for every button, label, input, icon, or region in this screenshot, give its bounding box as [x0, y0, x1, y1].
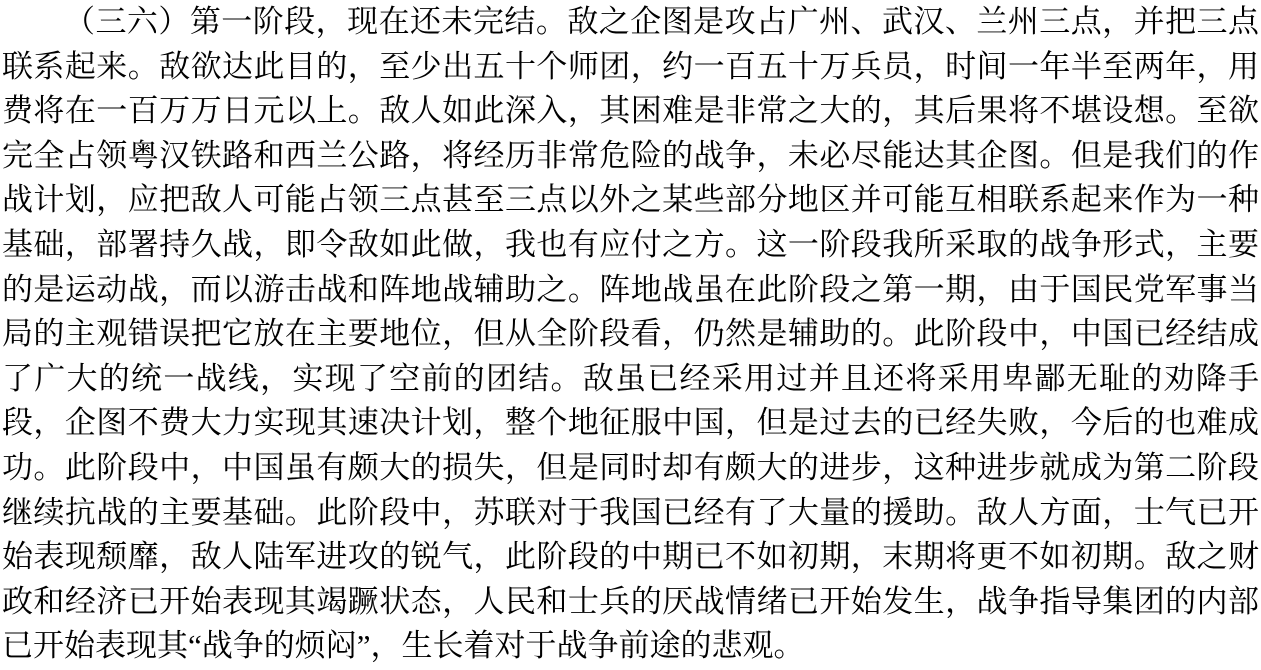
text-line: 联系起来。敌欲达此目的，至少出五十个师团，约一百五十万兵员，时间一年半至两年，用 — [2, 45, 1259, 90]
text-line: 完全占领粤汉铁路和西兰公路，将经历非常危险的战争，未必尽能达其企图。但是我们的作 — [2, 134, 1259, 179]
text-line: 战计划，应把敌人可能占领三点甚至三点以外之某些部分地区并可能互相联系起来作为一种 — [2, 178, 1259, 223]
text-line: 政和经济已开始表现其竭蹶状态，人民和士兵的厌战情绪已开始发生，战争指导集团的内部 — [2, 580, 1259, 625]
paragraph-36: （三六）第一阶段，现在还未完结。敌之企图是攻占广州、武汉、兰州三点，并把三点联系… — [2, 0, 1259, 669]
document-page: （三六）第一阶段，现在还未完结。敌之企图是攻占广州、武汉、兰州三点，并把三点联系… — [0, 0, 1261, 670]
text-line: 功。此阶段中，中国虽有颇大的损失，但是同时却有颇大的进步，这种进步就成为第二阶段 — [2, 446, 1259, 491]
text-line: 的是运动战，而以游击战和阵地战辅助之。阵地战虽在此阶段之第一期，由于国民党军事当 — [2, 268, 1259, 313]
text-line: （三六）第一阶段，现在还未完结。敌之企图是攻占广州、武汉、兰州三点，并把三点 — [2, 0, 1259, 45]
text-line: 费将在一百万万日元以上。敌人如此深入，其困难是非常之大的，其后果将不堪设想。至欲 — [2, 89, 1259, 134]
text-line: 基础，部署持久战，即令敌如此做，我也有应付之方。这一阶段我所采取的战争形式，主要 — [2, 223, 1259, 268]
text-line: 段，企图不费大力实现其速决计划，整个地征服中国，但是过去的已经失败，今后的也难成 — [2, 401, 1259, 446]
text-line: 继续抗战的主要基础。此阶段中，苏联对于我国已经有了大量的援助。敌人方面，士气已开 — [2, 491, 1259, 536]
text-line: 了广大的统一战线，实现了空前的团结。敌虽已经采用过并且还将采用卑鄙无耻的劝降手 — [2, 357, 1259, 402]
text-line: 始表现颓靡，敌人陆军进攻的锐气，此阶段的中期已不如初期，末期将更不如初期。敌之财 — [2, 535, 1259, 580]
text-line: 局的主观错误把它放在主要地位，但从全阶段看，仍然是辅助的。此阶段中，中国已经结成 — [2, 312, 1259, 357]
page: { "page": { "background": "#ffffff", "te… — [0, 0, 1261, 670]
text-line: 已开始表现其“战争的烦闷”，生长着对于战争前途的悲观。 — [2, 624, 1259, 669]
